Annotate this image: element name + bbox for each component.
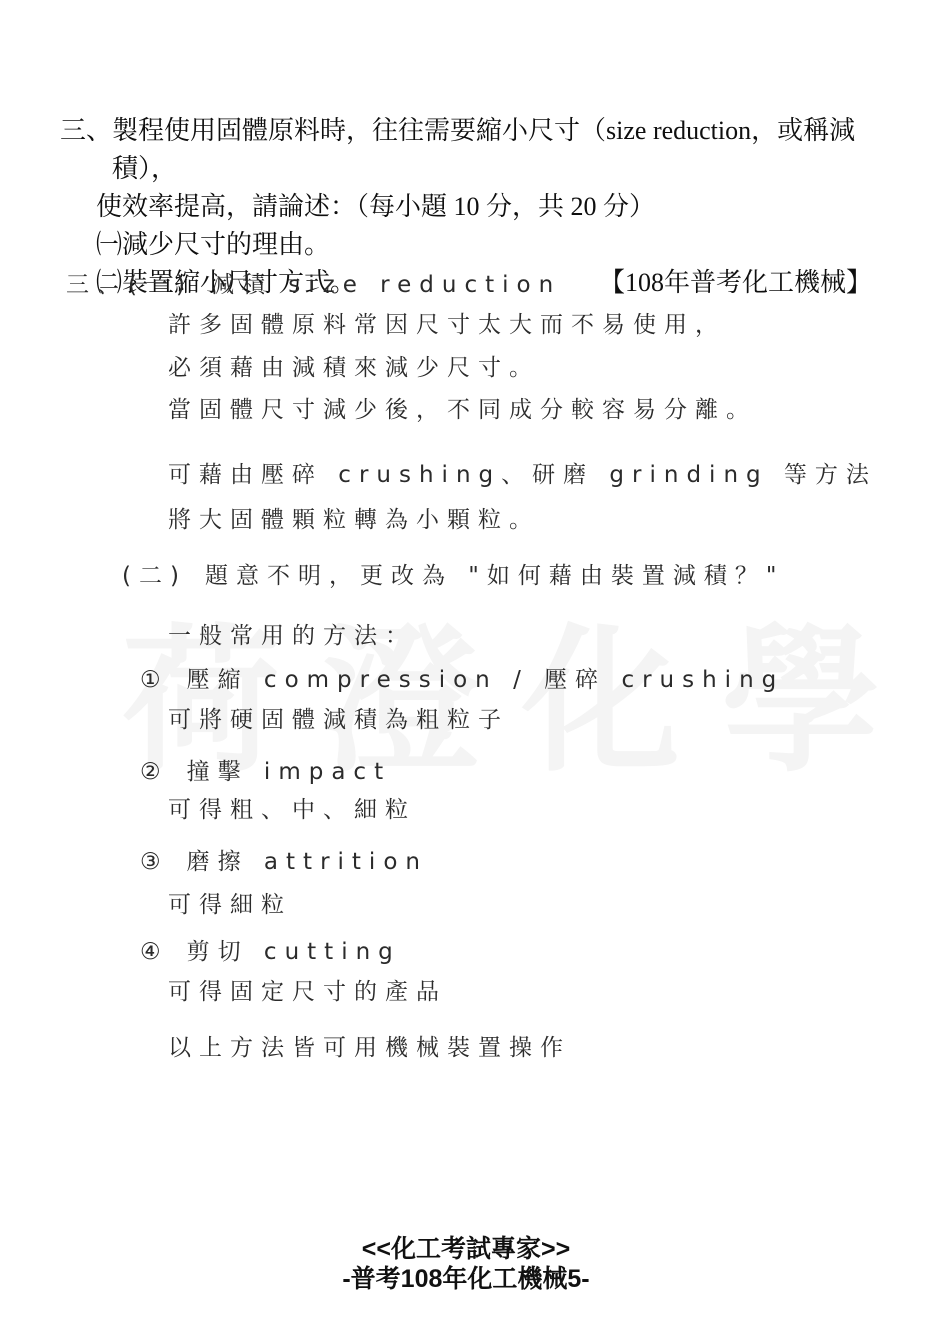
answer-part1-heading: 三、(一)減積 size reduction — [66, 266, 561, 299]
exam-source-tag: 【108年普考化工機械】 — [599, 264, 872, 302]
question-line-1: 三、 製程使用固體原料時，往往需要縮小尺寸（size reduction，或稱減… — [60, 112, 872, 188]
method-1-result: 可將硬固體減積為粗粒子 — [168, 701, 509, 734]
question-line1-text: 製程使用固體原料時，往往需要縮小尺寸（size reduction，或稱減積）， — [112, 112, 872, 188]
question-line-2: 使效率提高，請論述：（每小題 10 分，共 20 分） — [60, 188, 872, 226]
page-footer: <<化工考試專家>> -普考108年化工機械5- — [0, 1234, 932, 1294]
scanned-exam-page: 荷澄化學 三、 製程使用固體原料時，往往需要縮小尺寸（size reductio… — [0, 0, 932, 1326]
answer-part1-line: 許多固體原料常因尺寸太大而不易使用， — [168, 306, 726, 339]
answer-part1-line: 將大固體顆粒轉為小顆粒。 — [168, 501, 540, 534]
answer-part2-intro: 一般常用的方法： — [168, 617, 416, 650]
question-subitem-1: ㈠減少尺寸的理由。 — [60, 226, 872, 264]
answer-part2-heading: (二)題意不明，更改為 "如何藉由裝置減積？" — [122, 557, 784, 590]
answer-part1-label: 三、(一) — [66, 272, 193, 298]
method-2-name-line: ②撞擊 impact — [140, 753, 391, 786]
answer-part2-title: 題意不明，更改為 "如何藉由裝置減積？" — [205, 563, 784, 589]
method-1-name: 壓縮 compression / 壓碎 crushing — [187, 667, 785, 693]
answer-closing-line: 以上方法皆可用機械裝置操作 — [168, 1029, 571, 1062]
answer-part1-line: 必須藉由減積來減少尺寸。 — [168, 349, 540, 382]
footer-page-label: -普考108年化工機械5- — [0, 1264, 932, 1294]
answer-part1-line: 當固體尺寸減少後，不同成分較容易分離。 — [168, 391, 757, 424]
method-4-name: 剪切 cutting — [187, 939, 401, 965]
method-2-result: 可得粗、中、細粒 — [168, 791, 416, 824]
method-3-name-line: ③磨擦 attrition — [140, 843, 428, 876]
method-4-result: 可得固定尺寸的產品 — [168, 973, 447, 1006]
method-3-name: 磨擦 attrition — [187, 849, 428, 875]
answer-part1-line: 可藉由壓碎 crushing、研磨 grinding 等方法 — [168, 456, 877, 489]
method-4-name-line: ④剪切 cutting — [140, 933, 401, 966]
method-1-name-line: ①壓縮 compression / 壓碎 crushing — [140, 661, 784, 694]
method-3-result: 可得細粒 — [168, 886, 292, 919]
answer-part2-label: (二) — [122, 563, 187, 589]
footer-brand: <<化工考試專家>> — [0, 1234, 932, 1264]
method-1-number: ① — [140, 667, 169, 693]
method-4-number: ④ — [140, 939, 169, 965]
answer-part1-title: 減積 size reduction — [211, 272, 561, 298]
question-number: 三、 — [60, 112, 112, 188]
method-2-number: ② — [140, 759, 169, 785]
method-3-number: ③ — [140, 849, 169, 875]
method-2-name: 撞擊 impact — [187, 759, 391, 785]
